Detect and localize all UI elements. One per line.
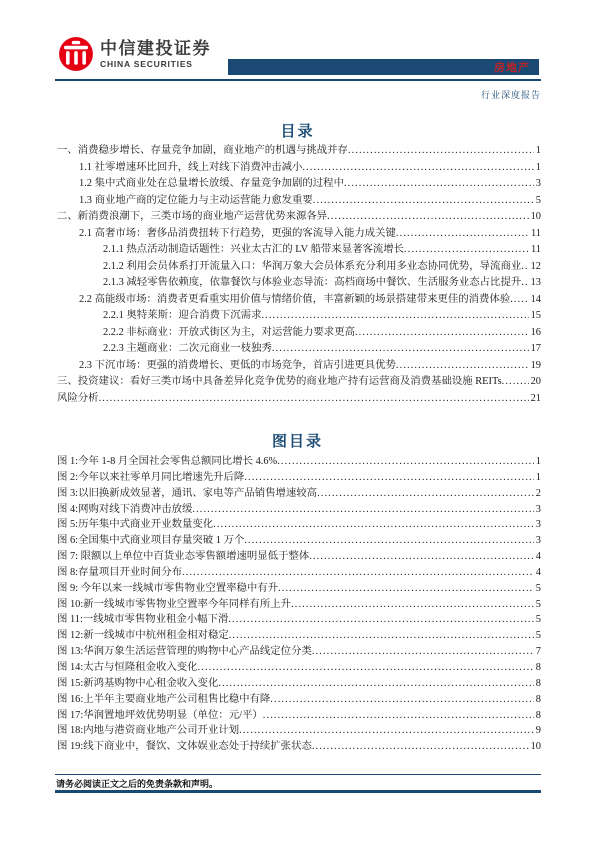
toc-row[interactable]: 图 10:新一线城市零售物业空置率今年同样有所上升 5 — [57, 597, 541, 613]
toc-entry-page: 9 — [534, 723, 541, 739]
toc-entry-page: 1 — [534, 470, 541, 486]
dot-leader — [327, 209, 528, 226]
dot-leader — [182, 565, 534, 581]
toc-entry-title: 2.1.2 利用会员体系打开流量入口：华润万象大会员体系充分利用多业态协同优势，… — [103, 259, 521, 276]
toc-row[interactable]: 图 17:华润置地坪效优势明显（单位：元/平） 8 — [57, 708, 541, 724]
toc-entry-page: 5 — [534, 612, 541, 628]
toc-row[interactable]: 2.2 高能级市场：消费者更看重实用价值与情绪价值，丰富新颖的场景搭建带来更佳的… — [57, 292, 541, 309]
toc-row[interactable]: 2.1.2 利用会员体系打开流量入口：华润万象大会员体系充分利用多业态协同优势，… — [57, 259, 541, 276]
toc-entry-title: 1.1 社零增速环比回升，线上对线下消费冲击减小 — [79, 160, 302, 177]
toc-entry-page: 13 — [529, 275, 541, 292]
toc-entry-page: 5 — [534, 628, 541, 644]
toc-row[interactable]: 图 7: 限额以上单位中百货业态零售额增速明显低于整体 4 — [57, 549, 541, 565]
dot-leader — [263, 708, 534, 724]
toc-entry-page: 5 — [534, 581, 541, 597]
toc-row[interactable]: 二、新消费浪潮下，三类市场的商业地产运营优势来源各异 10 — [57, 209, 541, 226]
dot-leader — [312, 644, 534, 660]
toc-entry-page: 4 — [534, 549, 541, 565]
disclaimer-text: 请务必阅读正文之后的免责条款和声明。 — [56, 777, 218, 790]
toc-row[interactable]: 2.2.2 非标商业：开放式街区为主，对运营能力要求更高 16 — [57, 325, 541, 342]
figures-list: 图 1:今年 1-8 月全国社会零售总额同比增长 4.6% 1 图 2:今年以来… — [57, 454, 541, 755]
toc-entry-title: 图 10:新一线城市零售物业空置率今年同样有所上升 — [57, 597, 291, 613]
toc-row[interactable]: 2.1 高奢市场：奢侈品消费扭转下行趋势，更强的客流导入能力成关键 11 — [57, 226, 541, 243]
toc-row[interactable]: 图 13:华润万象生活运营管理的购物中心产品线定位分类 7 — [57, 644, 541, 660]
toc-entry-page: 5 — [534, 597, 541, 613]
toc-entry-title: 图 14:太古与恒隆租金收入变化 — [57, 660, 198, 676]
toc-row[interactable]: 图 8:存量项目开业时间分布 4 — [57, 565, 541, 581]
brand-text: 中信建投证券 CHINA SECURITIES — [100, 39, 211, 70]
toc-row[interactable]: 图 1:今年 1-8 月全国社会零售总额同比增长 4.6% 1 — [57, 454, 541, 470]
toc-row[interactable]: 图 6:全国集中式商业项目存量突破 1 万个 3 — [57, 533, 541, 549]
toc-entry-title: 图 19:线下商业中，餐饮、文体娱业态处于持续扩张状态 — [57, 739, 312, 755]
dot-leader — [198, 660, 534, 676]
dot-leader — [213, 517, 534, 533]
toc-entry-title: 图 13:华润万象生活运营管理的购物中心产品线定位分类 — [57, 644, 312, 660]
dot-leader — [244, 533, 533, 549]
toc-row[interactable]: 1.2 集中式商业处在总量增长放缓、存量竞争加剧的过程中 3 — [57, 176, 541, 193]
report-page: 中信建投证券 CHINA SECURITIES 房地产 行业深度报告 目录 一、… — [0, 0, 595, 842]
toc-row[interactable]: 2.2.3 主题商业：二次元商业一枝独秀 17 — [57, 341, 541, 358]
dot-leader — [317, 486, 534, 502]
toc-entry-page: 11 — [529, 226, 541, 243]
toc-entry-page: 8 — [534, 708, 541, 724]
toc-entry-title: 图 18:内地与港资商业地产公司开业计划 — [57, 723, 239, 739]
dot-leader — [396, 358, 529, 375]
dot-leader — [521, 259, 528, 276]
dot-leader — [502, 374, 529, 391]
toc-entry-title: 图 16:上半年主要商业地产公司租售比稳中有降 — [57, 692, 270, 708]
toc-entry-page: 3 — [534, 517, 541, 533]
toc-entry-title: 2.3 下沉市场：更强的消费增长、更低的市场竞争，首店引进更具优势 — [79, 358, 396, 375]
toc-entry-page: 21 — [529, 391, 541, 408]
citic-logo-icon — [58, 36, 94, 72]
toc-entry-title: 一、消费稳步增长、存量竞争加剧，商业地产的机遇与挑战并存 — [57, 143, 348, 160]
dot-leader — [278, 581, 534, 597]
toc-entry-title: 2.1 高奢市场：奢侈品消费扭转下行趋势，更强的客流导入能力成关键 — [79, 226, 396, 243]
toc-entry-title: 图 17:华润置地坪效优势明显（单位：元/平） — [57, 708, 263, 724]
figures-title: 图目录 — [0, 430, 595, 451]
toc-entry-title: 风险分析 — [57, 391, 99, 408]
dot-leader — [261, 308, 528, 325]
dot-leader — [313, 193, 534, 210]
dot-leader — [291, 597, 534, 613]
toc-row[interactable]: 图 19:线下商业中，餐饮、文体娱业态处于持续扩张状态 10 — [57, 739, 541, 755]
toc-row[interactable]: 图 2:今年以来社零单月同比增速先升后降 1 — [57, 470, 541, 486]
toc-entry-title: 图 4:网购对线下消费冲击放缓 — [57, 502, 192, 518]
brand-logo: 中信建投证券 CHINA SECURITIES — [58, 36, 211, 72]
toc-entry-title: 三、投资建议：看好三类市场中具备差异化竞争优势的商业地产持有运营商及消费基础设施… — [57, 374, 502, 391]
dot-leader — [192, 502, 533, 518]
dot-leader — [218, 676, 533, 692]
dot-leader — [272, 341, 529, 358]
toc-entry-page: 3 — [534, 176, 541, 193]
toc-entry-title: 图 11:一线城市零售物业租金小幅下滑 — [57, 612, 228, 628]
toc-entry-page: 1 — [534, 454, 541, 470]
dot-leader — [244, 470, 533, 486]
toc-entry-page: 12 — [529, 259, 541, 276]
toc-entry-title: 2.2.3 主题商业：二次元商业一枝独秀 — [103, 341, 272, 358]
dot-leader — [228, 612, 533, 628]
toc-row[interactable]: 图 11:一线城市零售物业租金小幅下滑 5 — [57, 612, 541, 628]
toc-row[interactable]: 1.3 商业地产商的定位能力与主动运营能力愈发重要 5 — [57, 193, 541, 210]
toc-title: 目录 — [0, 120, 595, 141]
toc-entry-title: 图 5:历年集中式商业开业数量变化 — [57, 517, 213, 533]
toc-entry-page: 20 — [529, 374, 541, 391]
toc-row[interactable]: 一、消费稳步增长、存量竞争加剧，商业地产的机遇与挑战并存 1 — [57, 143, 541, 160]
dot-leader — [348, 143, 534, 160]
toc-row[interactable]: 1.1 社零增速环比回升，线上对线下消费冲击减小 1 — [57, 160, 541, 177]
sector-bar: 房地产 — [228, 59, 539, 75]
toc-entry-page: 17 — [529, 341, 541, 358]
toc-row[interactable]: 图 12:新一线城市中杭州租金相对稳定 5 — [57, 628, 541, 644]
dot-leader — [396, 226, 529, 243]
toc-entry-page: 8 — [534, 676, 541, 692]
toc-entry-title: 图 6:全国集中式商业项目存量突破 1 万个 — [57, 533, 244, 549]
toc-entry-page: 3 — [534, 533, 541, 549]
toc-row[interactable]: 图 18:内地与港资商业地产公司开业计划 9 — [57, 723, 541, 739]
dot-leader — [510, 292, 528, 309]
toc-row[interactable]: 图 3:以旧换新成效显著，通讯、家电等产品销售增速较高 2 — [57, 486, 541, 502]
toc-list: 一、消费稳步增长、存量竞争加剧，商业地产的机遇与挑战并存 1 1.1 社零增速环… — [57, 143, 541, 407]
toc-row[interactable]: 风险分析 21 — [57, 391, 541, 408]
footer-divider-thick — [55, 790, 541, 793]
toc-row[interactable]: 2.3 下沉市场：更强的消费增长、更低的市场竞争，首店引进更具优势 19 — [57, 358, 541, 375]
dot-leader — [309, 549, 534, 565]
toc-entry-page: 10 — [529, 739, 541, 755]
dot-leader — [521, 275, 528, 292]
toc-row[interactable]: 图 14:太古与恒隆租金收入变化 8 — [57, 660, 541, 676]
toc-entry-page: 5 — [534, 193, 541, 210]
toc-entry-page: 4 — [534, 565, 541, 581]
toc-entry-title: 2.2 高能级市场：消费者更看重实用价值与情绪价值，丰富新颖的场景搭建带来更佳的… — [79, 292, 510, 309]
toc-entry-page: 8 — [534, 660, 541, 676]
toc-row[interactable]: 2.1.1 热点活动制造话题性：兴业太古汇的 LV 船带来显著客流增长 11 — [57, 242, 541, 259]
toc-entry-title: 图 7: 限额以上单位中百货业态零售额增速明显低于整体 — [57, 549, 309, 565]
toc-entry-title: 图 8:存量项目开业时间分布 — [57, 565, 182, 581]
dot-leader — [355, 325, 529, 342]
toc-entry-title: 二、新消费浪潮下，三类市场的商业地产运营优势来源各异 — [57, 209, 327, 226]
toc-entry-title: 1.2 集中式商业处在总量增长放缓、存量竞争加剧的过程中 — [79, 176, 344, 193]
toc-entry-title: 1.3 商业地产商的定位能力与主动运营能力愈发重要 — [79, 193, 313, 210]
dot-leader — [99, 391, 529, 408]
dot-leader — [344, 176, 534, 193]
toc-entry-title: 2.1.1 热点活动制造话题性：兴业太古汇的 LV 船带来显著客流增长 — [103, 242, 404, 259]
dot-leader — [404, 242, 529, 259]
dot-leader — [277, 454, 534, 470]
toc-entry-page: 11 — [529, 242, 541, 259]
dot-leader — [312, 739, 529, 755]
footer-divider-thin — [55, 774, 541, 775]
toc-entry-title: 2.2.1 奥特莱斯：迎合消费下沉需求 — [103, 308, 261, 325]
toc-entry-title: 图 15:新鸿基购物中心租金收入变化 — [57, 676, 218, 692]
toc-entry-title: 2.1.3 减轻零售依赖度，依靠餐饮与体验业态导流：高档商场中餐饮、生活服务业态… — [103, 275, 521, 292]
toc-entry-title: 图 9: 今年以来一线城市零售物业空置率稳中有升 — [57, 581, 278, 597]
toc-entry-title: 图 1:今年 1-8 月全国社会零售总额同比增长 4.6% — [57, 454, 277, 470]
dot-leader — [239, 723, 534, 739]
brand-name-en: CHINA SECURITIES — [100, 59, 211, 70]
toc-entry-page: 15 — [529, 308, 541, 325]
toc-entry-page: 19 — [529, 358, 541, 375]
toc-row[interactable]: 图 15:新鸿基购物中心租金收入变化 8 — [57, 676, 541, 692]
toc-entry-page: 14 — [529, 292, 541, 309]
toc-entry-title: 图 12:新一线城市中杭州租金相对稳定 — [57, 628, 229, 644]
toc-entry-page: 16 — [529, 325, 541, 342]
toc-entry-page: 1 — [534, 160, 541, 177]
toc-entry-title: 图 2:今年以来社零单月同比增速先升后降 — [57, 470, 244, 486]
toc-row[interactable]: 图 9: 今年以来一线城市零售物业空置率稳中有升 5 — [57, 581, 541, 597]
toc-entry-page: 8 — [534, 692, 541, 708]
header-divider — [55, 79, 541, 81]
toc-entry-page: 7 — [534, 644, 541, 660]
toc-row[interactable]: 图 16:上半年主要商业地产公司租售比稳中有降 8 — [57, 692, 541, 708]
brand-name-cn: 中信建投证券 — [100, 39, 211, 59]
report-type-label: 行业深度报告 — [481, 88, 541, 101]
dot-leader — [302, 160, 533, 177]
dot-leader — [229, 628, 534, 644]
toc-row[interactable]: 2.2.1 奥特莱斯：迎合消费下沉需求 15 — [57, 308, 541, 325]
toc-entry-title: 图 3:以旧换新成效显著，通讯、家电等产品销售增速较高 — [57, 486, 317, 502]
toc-entry-page: 2 — [534, 486, 541, 502]
toc-entry-title: 2.2.2 非标商业：开放式街区为主，对运营能力要求更高 — [103, 325, 355, 342]
toc-entry-page: 3 — [534, 502, 541, 518]
toc-row[interactable]: 图 5:历年集中式商业开业数量变化 3 — [57, 517, 541, 533]
toc-row[interactable]: 2.1.3 减轻零售依赖度，依靠餐饮与体验业态导流：高档商场中餐饮、生活服务业态… — [57, 275, 541, 292]
toc-row[interactable]: 图 4:网购对线下消费冲击放缓 3 — [57, 502, 541, 518]
toc-row[interactable]: 三、投资建议：看好三类市场中具备差异化竞争优势的商业地产持有运营商及消费基础设施… — [57, 374, 541, 391]
sector-label: 房地产 — [494, 59, 530, 75]
dot-leader — [270, 692, 534, 708]
toc-entry-page: 1 — [534, 143, 541, 160]
toc-entry-page: 10 — [529, 209, 541, 226]
